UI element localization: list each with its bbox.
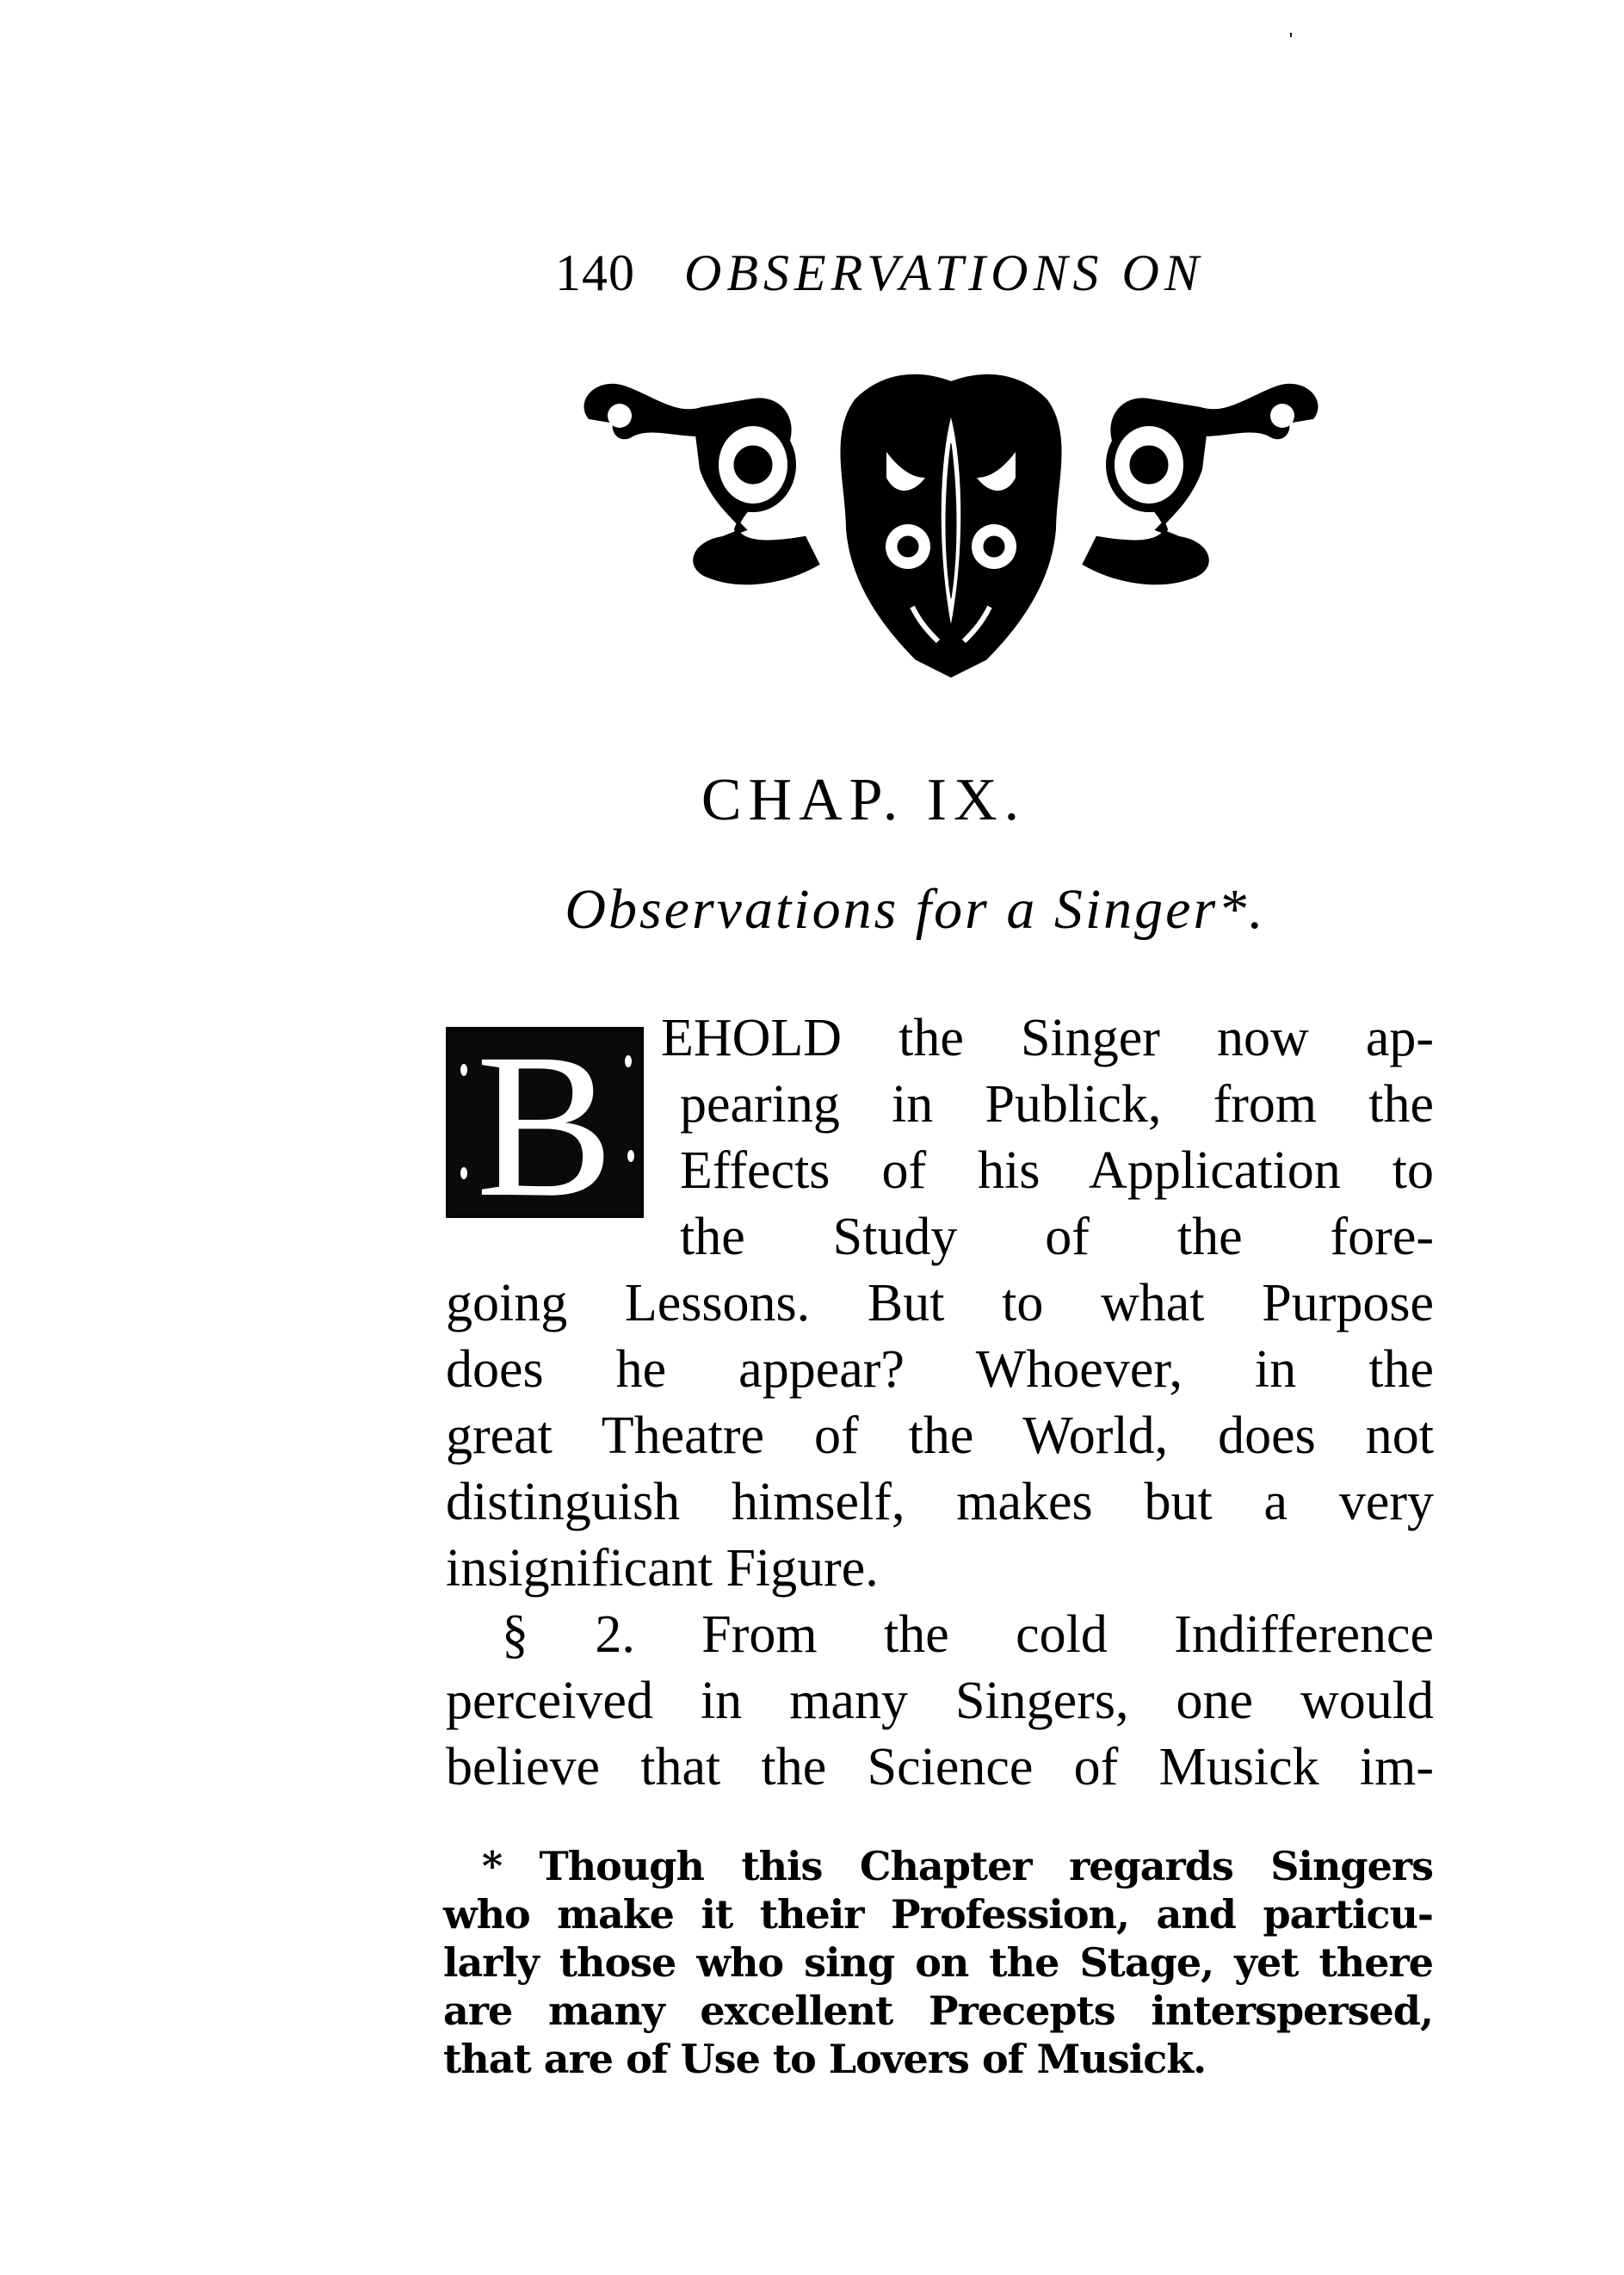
text-line: perceived in many Singers, one would [446, 1668, 1434, 1734]
floral-headpiece-ornament-icon [572, 366, 1330, 680]
body-text: EHOLD the Singer now ap- pearing in Publ… [446, 1005, 1434, 1801]
text-line: pearing in Publick, from the [446, 1072, 1434, 1138]
footnote: * Though this Chapter regards Singers wh… [443, 1842, 1433, 2083]
text-line: going Lessons. But to what Purpose [446, 1270, 1434, 1337]
chapter-title: Observations for a Singer*. [0, 871, 1624, 949]
chapter-heading: CHAP. IX. [0, 762, 1624, 839]
page-number: 140 [555, 234, 658, 312]
chapter-number: CHAP. IX. [701, 767, 1026, 833]
running-head: 140OBSERVATIONS ON [555, 234, 1330, 312]
running-head-title: OBSERVATIONS ON [684, 244, 1204, 301]
text-line: the Study of the fore- [446, 1204, 1434, 1270]
text-line: distinguish himself, makes but a very [446, 1469, 1434, 1536]
text-line: great Theatre of the World, does not [446, 1403, 1434, 1469]
footnote-line: * Though this Chapter regards Singers [443, 1842, 1433, 1890]
footnote-line: are many excellent Precepts interspersed… [443, 1987, 1433, 2035]
text-line: EHOLD the Singer now ap- [446, 1005, 1434, 1072]
text-line: does he appear? Whoever, in the [446, 1337, 1434, 1403]
text-line: insignificant Figure. [446, 1536, 1434, 1602]
scan-speck [1290, 33, 1292, 37]
text-line: believe that the Science of Musick im- [446, 1734, 1434, 1801]
footnote-line: who make it their Profession, and partic… [443, 1890, 1433, 1938]
footnote-line: that are of Use to Lovers of Musick. [443, 2035, 1433, 2083]
chapter-title-text: Observations for a Singer*. [565, 878, 1265, 941]
text-line: § 2. From the cold Indifference [446, 1602, 1434, 1668]
text-line: Effects of his Application to [446, 1138, 1434, 1204]
footnote-line: larly those who sing on the Stage, yet t… [443, 1938, 1433, 1987]
